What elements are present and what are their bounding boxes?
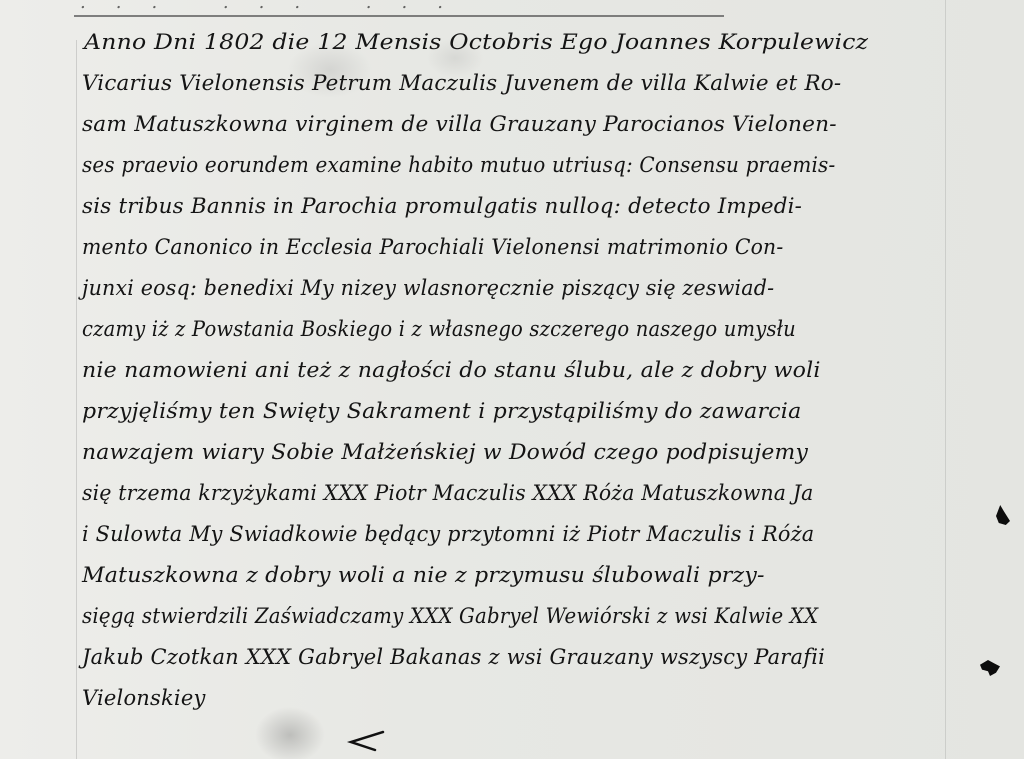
scanned-document-page: ... ... ... Anno Dni 1802 die 12 Mensis … <box>0 0 1024 759</box>
record-line: ses praevio eorundem examine habito mutu… <box>82 145 942 186</box>
entry-separator-rule <box>74 15 724 17</box>
record-line: czamy iż z Powstania Boskiego i z własne… <box>82 309 942 350</box>
line-text: nawzajem wiary Sobie Małżeńskiej w Dowód… <box>82 432 808 473</box>
record-line: sięgą stwierdzili Zaświadczamy XXX Gabry… <box>82 596 942 637</box>
record-line: przyjęliśmy ten Swięty Sakrament i przys… <box>82 391 942 432</box>
line-text: sis tribus Bannis in Parochia promulgati… <box>82 186 802 227</box>
line-text: Matuszkowna z dobry woli a nie z przymus… <box>82 555 765 596</box>
record-line: nie namowieni ani też z nagłości do stan… <box>82 350 942 391</box>
line-text: ses praevio eorundem examine habito mutu… <box>82 145 835 186</box>
line-text: mento Canonico in Ecclesia Parochiali Vi… <box>82 227 783 268</box>
record-line: Vicarius Vielonensis Petrum Maczulis Juv… <box>82 63 942 104</box>
ink-blot-mark <box>980 660 1000 676</box>
record-line: junxi eosq: benedixi My nizey wlasnoręcz… <box>82 268 942 309</box>
record-line: sis tribus Bannis in Parochia promulgati… <box>82 186 942 227</box>
line-text: sam Matuszkowna virginem de villa Grauza… <box>82 104 837 145</box>
pencil-arrow-mark-icon <box>345 728 385 752</box>
left-margin-line <box>76 40 77 759</box>
line-text: i Sulowta My Swiadkowie będący przytomni… <box>82 514 814 555</box>
record-line: Anno Dni 1802 die 12 Mensis Octobris Ego… <box>82 22 942 63</box>
line-text: sięgą stwierdzili Zaświadczamy XXX Gabry… <box>82 596 818 637</box>
page-fold-line <box>945 0 946 759</box>
line-text: przyjęliśmy ten Swięty Sakrament i przys… <box>82 391 801 432</box>
line-text: Anno Dni 1802 die 12 Mensis Octobris Ego… <box>84 22 868 63</box>
ink-blot-mark <box>996 505 1010 525</box>
line-text: Vicarius Vielonensis Petrum Maczulis Juv… <box>82 63 841 104</box>
marriage-record-text: Anno Dni 1802 die 12 Mensis Octobris Ego… <box>82 22 942 719</box>
previous-entry-tail: ... ... ... <box>80 0 720 12</box>
line-text: nie namowieni ani też z nagłości do stan… <box>82 350 821 391</box>
record-line: nawzajem wiary Sobie Małżeńskiej w Dowód… <box>82 432 942 473</box>
record-line: Matuszkowna z dobry woli a nie z przymus… <box>82 555 942 596</box>
record-line: i Sulowta My Swiadkowie będący przytomni… <box>82 514 942 555</box>
record-line: się trzema krzyżykami XXX Piotr Maczulis… <box>82 473 942 514</box>
record-line: mento Canonico in Ecclesia Parochiali Vi… <box>82 227 942 268</box>
line-text: junxi eosq: benedixi My nizey wlasnoręcz… <box>82 268 774 309</box>
record-line: Vielonskiey <box>82 678 942 719</box>
line-text: Vielonskiey <box>82 678 206 719</box>
line-text: Jakub Czotkan XXX Gabryel Bakanas z wsi … <box>82 637 825 678</box>
line-text: czamy iż z Powstania Boskiego i z własne… <box>82 309 796 350</box>
record-line: sam Matuszkowna virginem de villa Grauza… <box>82 104 942 145</box>
record-line: Jakub Czotkan XXX Gabryel Bakanas z wsi … <box>82 637 942 678</box>
line-text: się trzema krzyżykami XXX Piotr Maczulis… <box>82 473 814 514</box>
